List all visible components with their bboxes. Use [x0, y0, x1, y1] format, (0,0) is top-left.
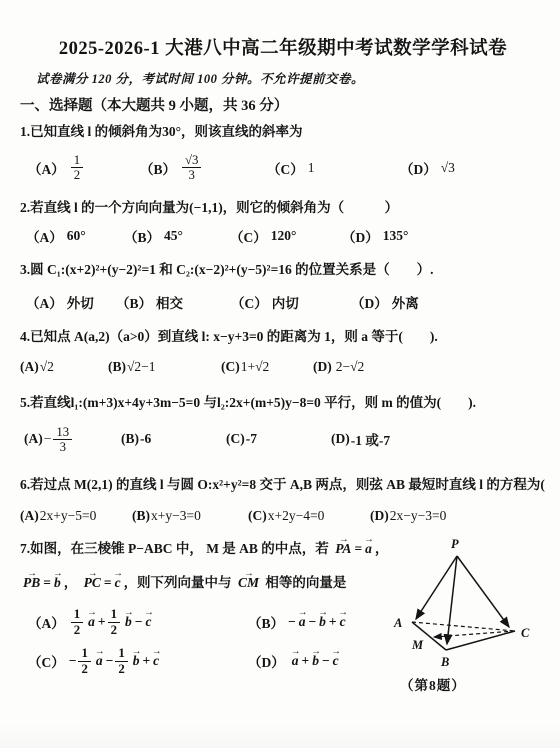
- fraction-denominator: 2: [78, 662, 90, 676]
- fraction: 133: [53, 425, 72, 454]
- option-value: 2x+y−5=0: [40, 508, 97, 524]
- stem-text: 7.如图，在三棱锥 P−ABC 中， M 是 AB 的中点，若: [20, 541, 332, 556]
- vector-arrow: →: [132, 647, 141, 657]
- question-1-option-c: （C） 1: [267, 158, 400, 178]
- option-label: （C）: [231, 292, 268, 312]
- vector-arrow: →: [244, 569, 253, 579]
- question-4-option-b: (B) √2−1: [108, 359, 221, 375]
- option-label: （A）: [28, 612, 65, 632]
- option-value: 120°: [271, 228, 297, 244]
- fraction-denominator: 2: [71, 623, 83, 637]
- question-2-option-a: （A） 60°: [26, 226, 124, 246]
- fraction: √33: [182, 153, 201, 182]
- question-7-option-d: （D） →a + →b − →c: [248, 651, 342, 671]
- exam-instructions: 试卷满分 120 分，考试时间 100 分钟。不允许提前交卷。: [36, 69, 546, 87]
- vertex-label-c: C: [521, 626, 530, 640]
- question-7-option-c: （C） − 12 →a − 12 →b + →c: [28, 646, 248, 675]
- question-5-option-d: (D) -1 或-7: [331, 429, 390, 449]
- option-label: (D): [331, 431, 350, 447]
- question-3-stem: 3.圆 C₁:(x+2)²+(y−2)²=1 和 C₂:(x−2)²+(y−5)…: [20, 262, 546, 279]
- vertex-label-p: P: [451, 537, 459, 551]
- question-1-option-d: （D） √3: [400, 158, 455, 178]
- option-label: （B）: [248, 612, 284, 632]
- question-5-stem: 5.若直线l₁:(m+3)x+4y+3m−5=0 与l₂:2x+(m+5)y−8…: [20, 395, 546, 412]
- vector-arrow: →: [87, 608, 96, 618]
- question-4-options: (A) √2 (B) √2−1 (C) 1+√2 (D) 2−√2: [20, 359, 546, 375]
- fraction-numerator: √3: [182, 153, 201, 168]
- option-value: x+y−3=0: [151, 508, 201, 524]
- section-header: 一、选择题（本大题共 9 小题，共 36 分）: [20, 94, 546, 115]
- question-1-stem: 1.已知直线 l 的倾斜角为30°，则该直线的斜率为: [20, 124, 546, 141]
- option-value: 60°: [67, 228, 86, 244]
- minus-sign: −: [288, 614, 296, 630]
- operator: −: [322, 653, 330, 669]
- question-7-option-a: （A） 12 →a + 12 →b − →c: [28, 607, 248, 636]
- option-label: （B）: [124, 226, 160, 246]
- vertex-label-a: A: [393, 616, 402, 630]
- vector-arrow: →: [298, 608, 307, 618]
- option-value: 1+√2: [241, 359, 270, 375]
- fraction-denominator: 2: [115, 662, 127, 676]
- option-value: 2x−y−3=0: [390, 508, 447, 524]
- fraction: 12: [78, 646, 90, 675]
- edge-b-c: [446, 631, 515, 650]
- question-4-option-d: (D) 2−√2: [313, 359, 364, 375]
- equals-sign: =: [104, 575, 112, 590]
- vector: →c: [152, 653, 160, 669]
- option-label: (B): [121, 431, 139, 447]
- vector: →a: [95, 653, 104, 669]
- option-label: （A）: [26, 226, 63, 246]
- stem-text: 相等的向量是: [262, 575, 346, 590]
- question-7-stem-line-1: 7.如图，在三棱锥 P−ABC 中， M 是 AB 的中点，若 →PA=→a，: [20, 541, 402, 558]
- option-label: (C): [221, 359, 240, 375]
- option-value: 内切: [272, 292, 299, 312]
- question-6-options: (A) 2x+y−5=0 (B) x+y−3=0 (C) x+2y−4=0 (D…: [20, 508, 546, 524]
- vector: →a: [291, 653, 300, 669]
- question-7: 7.如图，在三棱锥 P−ABC 中， M 是 AB 的中点，若 →PA=→a， …: [20, 541, 402, 678]
- question-4: 4.已知点 A(a,2)（a>0）到直线 l: x−y+3=0 的距离为 1，则…: [20, 329, 546, 375]
- vector-arrow: →: [291, 647, 300, 657]
- exam-title: 2025-2026-1 大港八中高二年级期中考试数学学科试卷: [20, 34, 546, 60]
- question-3-option-d: （D） 外离: [351, 292, 419, 312]
- stem-text: ，则下列向量中与: [124, 575, 235, 590]
- question-6-stem: 6.若过点 M(2,1) 的直线 l 与圆 O:x²+y²=8 交于 A,B 两…: [20, 477, 546, 494]
- option-label: (D): [313, 359, 332, 375]
- option-value: -7: [246, 431, 257, 447]
- operator: +: [329, 614, 337, 630]
- operator: −: [308, 614, 316, 630]
- vector-arrow: →: [124, 608, 133, 618]
- operator: −: [106, 653, 114, 669]
- comma: ，: [64, 575, 81, 590]
- question-1-options: （A） 12 （B） √33 （C） 1 （D） √3: [20, 149, 546, 187]
- fraction: 12: [71, 607, 83, 636]
- question-6: 6.若过点 M(2,1) 的直线 l 与圆 O:x²+y²=8 交于 A,B 两…: [20, 477, 546, 524]
- vector: →c: [332, 653, 340, 669]
- vector-arrow: →: [364, 535, 373, 545]
- option-label: （C）: [28, 651, 65, 671]
- option-value: 45°: [164, 228, 183, 244]
- vector-arrow: →: [88, 569, 97, 579]
- fraction-denominator: 2: [71, 168, 83, 182]
- vertex-label-b: B: [440, 655, 449, 669]
- question-7-option-b: （B） − →a − →b + →c: [248, 612, 349, 632]
- minus-sign: −: [44, 431, 52, 447]
- question-1-option-a: （A） 12: [28, 153, 140, 182]
- option-label: (B): [132, 508, 150, 524]
- vector: →c: [339, 614, 347, 630]
- vector: →b: [53, 575, 62, 592]
- fraction-denominator: 3: [53, 440, 72, 454]
- vector-arrow: →: [113, 569, 122, 579]
- vector: →b: [311, 653, 320, 669]
- operator: +: [98, 614, 106, 630]
- option-label: (A): [20, 359, 39, 375]
- figure-caption: （第8题）: [400, 674, 554, 694]
- fraction: 12: [108, 607, 120, 636]
- question-5-option-b: (B) -6: [121, 431, 226, 447]
- vector-arrow: →: [318, 608, 327, 618]
- vector: →b: [124, 614, 133, 630]
- option-value: x+2y−4=0: [268, 508, 325, 524]
- vector: →PB: [22, 575, 41, 592]
- vector-arrow: →: [53, 569, 62, 579]
- question-2-options: （A） 60° （B） 45° （C） 120° （D） 135°: [20, 226, 546, 246]
- option-value: 外离: [392, 292, 419, 312]
- vector: →a: [298, 614, 307, 630]
- fraction-denominator: 3: [182, 168, 201, 182]
- option-value: 外切: [67, 292, 94, 312]
- question-3-options: （A） 外切 （B） 相交 （C） 内切 （D） 外离: [20, 292, 546, 312]
- vector-arrow: →: [339, 535, 348, 545]
- question-6-option-a: (A) 2x+y−5=0: [20, 508, 132, 524]
- option-label: (A): [24, 431, 43, 447]
- vector: →CM: [237, 575, 260, 592]
- question-4-option-c: (C) 1+√2: [221, 359, 313, 375]
- vector: →PC: [83, 575, 102, 592]
- question-4-stem: 4.已知点 A(a,2)（a>0）到直线 l: x−y+3=0 的距离为 1，则…: [20, 329, 546, 346]
- question-6-option-c: (C) x+2y−4=0: [248, 508, 370, 524]
- question-5-options: (A) − 133 (B) -6 (C) -7 (D) -1 或-7: [20, 420, 546, 458]
- option-value: 2−√2: [336, 359, 365, 375]
- question-2-option-b: （B） 45°: [124, 226, 230, 246]
- edge-p-c: [457, 556, 509, 627]
- figure-tetrahedron: P A M B C （第8题）: [386, 534, 554, 694]
- operator: +: [142, 653, 150, 669]
- option-value: 相交: [156, 292, 183, 312]
- option-label: (A): [20, 508, 39, 524]
- fraction-numerator: 13: [53, 425, 72, 440]
- vector: →c: [114, 575, 122, 592]
- option-value: -6: [140, 431, 151, 447]
- vector-arrow: →: [27, 569, 36, 579]
- operator: +: [302, 653, 310, 669]
- question-2-option-c: （C） 120°: [230, 226, 342, 246]
- question-1-option-b: （B） √33: [140, 153, 267, 182]
- option-value: 135°: [383, 228, 409, 244]
- option-label: （C）: [267, 158, 304, 178]
- vector-arrow: →: [311, 647, 320, 657]
- question-3-option-c: （C） 内切: [231, 292, 351, 312]
- question-7-options-row-1: （A） 12 →a + 12 →b − →c （B） − →a − →b + →…: [20, 604, 402, 640]
- question-5-option-a: (A) − 133: [24, 425, 121, 454]
- vector: →b: [132, 653, 141, 669]
- question-6-option-b: (B) x+y−3=0: [132, 508, 248, 524]
- vector-arrow: →: [338, 608, 347, 618]
- option-label: （B）: [116, 292, 152, 312]
- equals-sign: =: [43, 575, 51, 590]
- option-label: （D）: [400, 158, 437, 178]
- exam-paper: 2025-2026-1 大港八中高二年级期中考试数学学科试卷 试卷满分 120 …: [0, 0, 560, 748]
- operator: −: [135, 614, 143, 630]
- option-value: -1 或-7: [351, 429, 390, 449]
- vector-arrow: →: [331, 647, 340, 657]
- fraction-numerator: 1: [71, 153, 83, 168]
- vector-arrow: →: [144, 608, 153, 618]
- option-label: （A）: [26, 292, 63, 312]
- vector: →c: [144, 614, 152, 630]
- fraction-numerator: 1: [115, 646, 127, 661]
- question-5-option-c: (C) -7: [226, 431, 331, 447]
- vector: →b: [318, 614, 327, 630]
- question-2-option-d: （D） 135°: [342, 226, 408, 246]
- question-2-stem: 2.若直线 l 的一个方向向量为(−1,1)，则它的倾斜角为（ ）: [20, 200, 546, 217]
- fraction-numerator: 1: [108, 607, 120, 622]
- option-label: （C）: [230, 226, 267, 246]
- question-1: 1.已知直线 l 的倾斜角为30°，则该直线的斜率为 （A） 12 （B） √3…: [20, 124, 546, 187]
- option-label: （D）: [351, 292, 388, 312]
- vector-arrow: →: [95, 647, 104, 657]
- equals-sign: =: [354, 541, 362, 556]
- edge-a-c-dashed: [412, 622, 515, 631]
- option-label: （B）: [140, 158, 176, 178]
- question-3-option-b: （B） 相交: [116, 292, 231, 312]
- vector: →PA: [334, 541, 352, 558]
- option-label: （D）: [248, 651, 285, 671]
- question-2: 2.若直线 l 的一个方向向量为(−1,1)，则它的倾斜角为（ ） （A） 60…: [20, 200, 546, 246]
- option-label: （D）: [342, 226, 379, 246]
- option-value: √3: [441, 160, 455, 176]
- question-3-option-a: （A） 外切: [26, 292, 116, 312]
- question-6-option-d: (D) 2x−y−3=0: [370, 508, 446, 524]
- question-7-stem-line-2: →PB=→b， →PC=→c，则下列向量中与 →CM 相等的向量是: [20, 575, 402, 592]
- option-label: (B): [108, 359, 126, 375]
- fraction-denominator: 2: [108, 623, 120, 637]
- option-label: (C): [226, 431, 245, 447]
- vector: →a: [364, 541, 373, 558]
- fraction-numerator: 1: [71, 607, 83, 622]
- vector-arrow: →: [152, 647, 161, 657]
- vector: →a: [87, 614, 96, 630]
- option-label: (C): [248, 508, 267, 524]
- option-value: √2−1: [127, 359, 156, 375]
- tetrahedron-drawing: P A M B C: [386, 534, 554, 672]
- option-label: (D): [370, 508, 389, 524]
- vertex-label-m: M: [411, 638, 424, 652]
- option-value: 1: [308, 160, 315, 176]
- fraction-numerator: 1: [78, 646, 90, 661]
- question-4-option-a: (A) √2: [20, 359, 108, 375]
- fraction: 12: [71, 153, 83, 182]
- fraction: 12: [115, 646, 127, 675]
- question-7-options-row-2: （C） − 12 →a − 12 →b + →c （D） →a + →b − →…: [20, 644, 402, 678]
- option-label: （A）: [28, 158, 65, 178]
- option-value: √2: [40, 359, 54, 375]
- question-3: 3.圆 C₁:(x+2)²+(y−2)²=1 和 C₂:(x−2)²+(y−5)…: [20, 262, 546, 312]
- minus-sign: −: [69, 653, 77, 669]
- question-5: 5.若直线l₁:(m+3)x+4y+3m−5=0 与l₂:2x+(m+5)y−8…: [20, 395, 546, 459]
